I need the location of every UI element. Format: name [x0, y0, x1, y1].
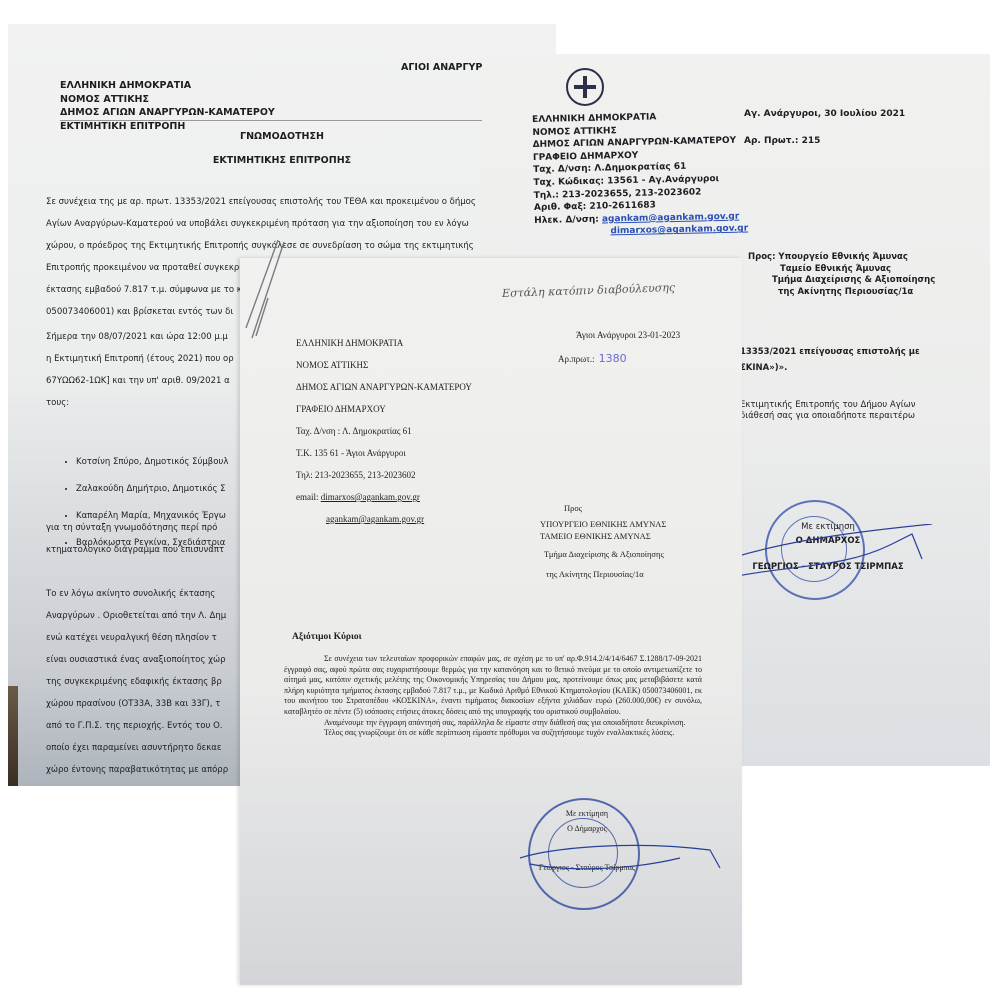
- letter-body: Εκτιμητικής Επιτροπής του Δήμου Αγίων δι…: [740, 400, 915, 422]
- email-link[interactable]: agankam@agankam.gov.gr: [602, 211, 740, 224]
- letter-body: Σε συνέχεια των τελευταίων προφορικών επ…: [284, 654, 702, 739]
- email-label: Ηλεκ. Δ/νση:: [534, 214, 602, 225]
- document-title: ΓΝΩΜΟΔΟΤΗΣΗ: [8, 131, 556, 142]
- text-line: διάθεσή σας για οποιαδήποτε περαιτέρω: [740, 411, 915, 422]
- text-line: Σε συνέχεια της με αρ. πρωτ. 13353/2021 …: [46, 191, 546, 213]
- background-shadow: [8, 686, 18, 786]
- text-line: ΣΚΙΝΑ»)».: [740, 360, 920, 376]
- paperclip-icon: [238, 238, 288, 348]
- recipient-line: Τμήμα Διαχείρισης & Αξιοποίησης: [748, 275, 935, 287]
- letterhead: ΕΛΛΗΝΙΚΗ ΔΗΜΟΚΡΑΤΙΑ ΝΟΜΟΣ ΑΤΤΙΚΗΣ ΔΗΜΟΣ …: [296, 332, 472, 530]
- recipient-line: Ταμείο Εθνικής Άμυνας: [748, 264, 935, 276]
- letterhead-line: ΝΟΜΟΣ ΑΤΤΙΚΗΣ: [60, 93, 275, 107]
- email-link[interactable]: dimarxos@agankam.gov.gr: [610, 224, 748, 237]
- email-link[interactable]: dimarxos@agankam.gov.gr: [321, 492, 420, 502]
- closing: Με εκτίμηση: [522, 806, 652, 821]
- body-paragraph: Τέλος σας γνωρίζουμε ότι σε κάθε περίπτω…: [284, 728, 702, 739]
- recipient-line: Προς: Υπουργείο Εθνικής Άμυνας: [748, 252, 935, 264]
- protocol-number: Αρ.πρωτ.:1380: [558, 352, 627, 365]
- handwritten-signature-icon: [510, 828, 730, 888]
- body-paragraph: Σε συνέχεια των τελευταίων προφορικών επ…: [284, 654, 702, 718]
- recipient-line: ΥΠΟΥΡΓΕΙΟ ΕΘΝΙΚΗΣ ΑΜΥΝΑΣ: [540, 518, 666, 530]
- protocol-value: 1380: [599, 352, 627, 365]
- email-label: email:: [296, 492, 321, 502]
- handwritten-signature-icon: [712, 524, 952, 584]
- postal-code-line: Τ.Κ. 135 61 - Άγιοι Ανάργυροι: [296, 442, 472, 464]
- letterhead-line: ΔΗΜΟΣ ΑΓΙΩΝ ΑΝΑΡΓΥΡΩΝ-ΚΑΜΑΤΕΡΟΥ: [60, 106, 275, 120]
- phone-line: Τηλ: 213-2023655, 213-2023602: [296, 464, 472, 486]
- protocol-label: Αρ.πρωτ.:: [558, 354, 595, 364]
- list-item: Ζαλακούδη Δημήτριο, Δημοτικός Σ: [76, 476, 228, 503]
- text-line: χώρου, ο πρόεδρος της Εκτιμητικής Επιτρο…: [46, 235, 546, 257]
- letterhead-line: ΓΡΑΦΕΙΟ ΔΗΜΑΡΧΟΥ: [296, 398, 472, 420]
- text-line: Αγίων Αναργύρων-Καματερού να υποβάλει συ…: [46, 213, 546, 235]
- greek-coat-of-arms-icon: [566, 68, 604, 106]
- document-date: Αγ. Ανάργυροι, 30 Ιουλίου 2021: [744, 109, 905, 119]
- document-mayor-letter-2023: Εστάλη κατόπιν διαβούλευσης ΕΛΛΗΝΙΚΗ ΔΗΜ…: [240, 258, 742, 985]
- document-subtitle: ΕΚΤΙΜΗΤΙΚΗΣ ΕΠΙΤΡΟΠΗΣ: [8, 155, 556, 166]
- handwritten-note: Εστάλη κατόπιν διαβούλευσης: [502, 281, 675, 300]
- document-date: Άγιοι Ανάργυροι 23-01-2023: [576, 330, 680, 340]
- email-line: agankam@agankam.gov.gr: [296, 508, 472, 530]
- address-line: Ταχ. Δ/νση : Λ. Δημοκρατίας 61: [296, 420, 472, 442]
- recipient-label: Προς: [540, 502, 666, 514]
- letterhead: ΕΛΛΗΝΙΚΗ ΔΗΜΟΚΡΑΤΙΑ ΝΟΜΟΣ ΑΤΤΙΚΗΣ ΔΗΜΟΣ …: [532, 110, 748, 240]
- header-divider: [60, 120, 540, 121]
- salutation: Αξιότιμοι Κύριοι: [292, 632, 362, 642]
- text-line: Εκτιμητικής Επιτροπής του Δήμου Αγίων: [740, 400, 915, 411]
- letterhead-line: ΕΛΛΗΝΙΚΗ ΔΗΜΟΚΡΑΤΙΑ: [60, 79, 275, 93]
- recipient-line: Τμήμα Διαχείρισης & Αξιοποίησης: [540, 548, 666, 560]
- letterhead-line: ΕΛΛΗΝΙΚΗ ΔΗΜΟΚΡΑΤΙΑ: [296, 332, 472, 354]
- recipient-block: Προς ΥΠΟΥΡΓΕΙΟ ΕΘΝΙΚΗΣ ΑΜΥΝΑΣ ΤΑΜΕΙΟ ΕΘΝ…: [540, 502, 666, 580]
- email-line: email: dimarxos@agankam.gov.gr: [296, 486, 472, 508]
- email-link[interactable]: agankam@agankam.gov.gr: [326, 514, 424, 524]
- text-line: 13353/2021 επείγουσας επιστολής με: [740, 344, 920, 360]
- list-item: Κοτσίνη Σπύρο, Δημοτικός Σύμβουλ: [76, 449, 228, 476]
- letterhead-line: ΔΗΜΟΣ ΑΓΙΩΝ ΑΝΑΡΓΥΡΩΝ-ΚΑΜΑΤΕΡΟΥ: [296, 376, 472, 398]
- recipient-line: της Ακίνητης Περιουσίας/1α: [540, 568, 666, 580]
- protocol-number: Αρ. Πρωτ.: 215: [744, 136, 820, 146]
- letterhead: ΕΛΛΗΝΙΚΗ ΔΗΜΟΚΡΑΤΙΑ ΝΟΜΟΣ ΑΤΤΙΚΗΣ ΔΗΜΟΣ …: [60, 79, 275, 133]
- subject: 13353/2021 επείγουσας επιστολής με ΣΚΙΝΑ…: [740, 344, 920, 376]
- letterhead-line: ΝΟΜΟΣ ΑΤΤΙΚΗΣ: [296, 354, 472, 376]
- body-paragraph: Αναμένουμε την έγγραφη απάντησή σας, παρ…: [284, 718, 702, 729]
- recipient-line: ΤΑΜΕΙΟ ΕΘΝΙΚΗΣ ΑΜΥΝΑΣ: [540, 530, 666, 542]
- recipient-block: Προς: Υπουργείο Εθνικής Άμυνας Ταμείο Εθ…: [748, 252, 935, 298]
- recipient-line: της Ακίνητης Περιουσίας/1α: [748, 287, 935, 299]
